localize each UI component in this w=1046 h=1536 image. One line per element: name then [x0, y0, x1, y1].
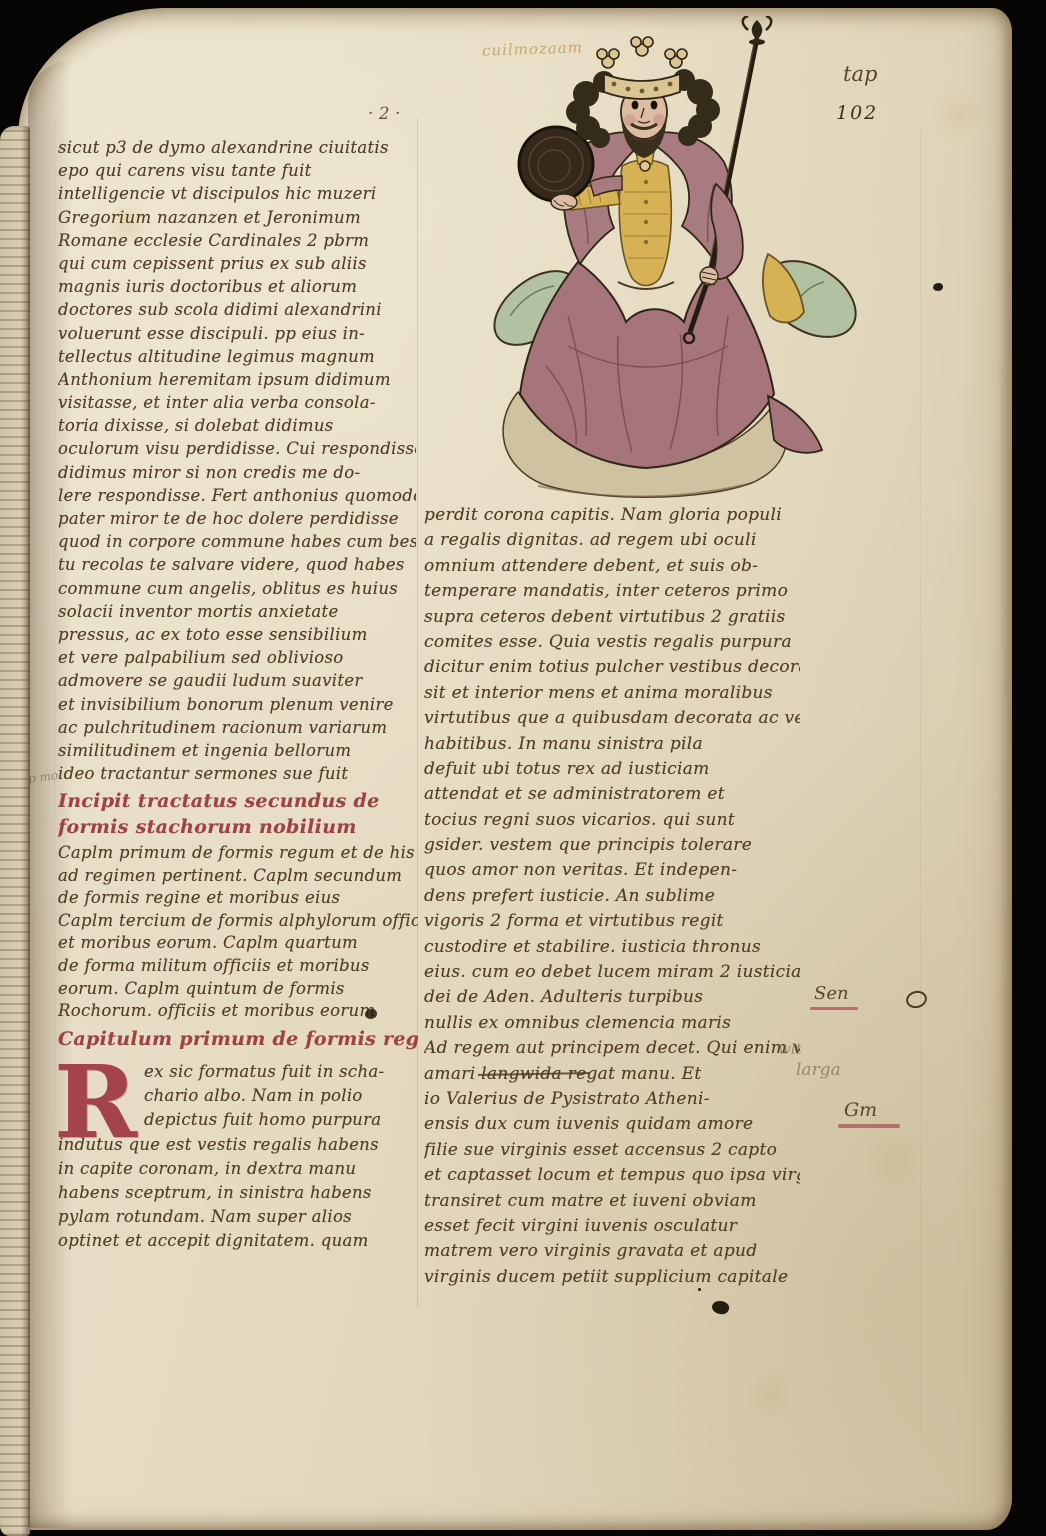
text-line: habitibus. In manu sinistra pila [424, 732, 800, 757]
text-line: Romane ecclesie Cardinales 2 pbrm [58, 229, 416, 252]
chapter-list: Caplm primum de formis regum et de his q… [58, 842, 418, 1023]
quire-mark: · 2 · [368, 104, 400, 124]
text-line: ensis dux cum iuvenis quidam amore [424, 1112, 800, 1137]
ink-blot [933, 283, 943, 291]
eye [651, 101, 658, 110]
text-line: epo qui carens visu tante fuit [58, 159, 416, 182]
text-line: dei de Aden. Adulteris turpibus [424, 985, 800, 1010]
text-line: transiret cum matre et iuveni obviam [424, 1189, 800, 1214]
text-line: tu recolas te salvare videre, quod habes [58, 553, 416, 576]
text-line: et captasset locum et tempus quo ipsa vi… [424, 1163, 800, 1188]
text-line: et vere palpabilium sed oblivioso [58, 646, 416, 669]
text-line: virtutibus que a quibusdam decorata ac v… [424, 706, 800, 731]
right-text-column: perdit corona capitis. Nam gloria populi… [424, 503, 800, 1290]
red-underline [838, 1124, 900, 1128]
text-line: similitudinem et ingenia bellorum [58, 739, 416, 762]
text-line: matrem vero virginis gravata et apud [424, 1239, 800, 1264]
text-line: defuit ubi totus rex ad iusticiam [424, 757, 800, 782]
text-line: depictus fuit homo purpura [58, 1108, 418, 1132]
margin-note-sen: Sen [814, 983, 849, 1004]
text-line: solacii inventor mortis anxietate [58, 600, 416, 623]
margin-note-gm: Gm [844, 1099, 877, 1121]
text-line: omnium attendere debent, et suis ob- [424, 554, 800, 579]
text-line: filie sue virginis esset accensus 2 capt… [424, 1138, 800, 1163]
rubric-line: formis stachorum nobilium [58, 814, 416, 840]
opposite-page-edge [0, 126, 30, 1536]
ink-blot [365, 1009, 377, 1019]
text-line: commune cum angelis, oblitus es huius [58, 577, 416, 600]
text-line: sit et interior mens et anima moralibus [424, 681, 800, 706]
text-line: io Valerius de Pysistrato Atheni- [424, 1087, 800, 1112]
mantle-clasp [640, 161, 650, 171]
text-line: ac pulchritudinem racionum variarum [58, 716, 416, 739]
eye [632, 101, 639, 110]
text-line: lere respondisse. Fert anthonius quomodo [58, 484, 416, 507]
text-line: habens sceptrum, in sinistra habens [58, 1181, 418, 1205]
text-line: qui cum cepissent prius ex sub aliis [58, 252, 416, 275]
chapter-line: ad regimen pertinent. Caplm secundum [58, 865, 418, 888]
red-underline [810, 1007, 858, 1010]
left-text-column: sicut p3 de dymo alexandrine ciuitatis e… [58, 136, 416, 785]
chapter-line: Rochorum. officiis et moribus eorum [58, 1000, 418, 1023]
text-line: pater miror te de hoc dolere perdidisse [58, 507, 416, 530]
text-line: optinet et accepit dignitatem. quam [58, 1229, 418, 1253]
rubric-line: Incipit tractatus secundus de [58, 788, 416, 814]
text-line: custodire et stabilire. iusticia thronus [424, 935, 800, 960]
margin-note-wlt: wlt [778, 1040, 802, 1058]
ink-speck [698, 1288, 701, 1291]
text-line: eius. cum eo debet lucem miram 2 iustici… [424, 960, 800, 985]
text-line: in capite coronam, in dextra manu [58, 1157, 418, 1181]
chapter-line: de forma militum officiis et moribus [58, 955, 418, 978]
text-line: Anthonium heremitam ipsum didimum [58, 368, 416, 391]
text-line: esset fecit virgini iuvenis osculatur [424, 1214, 800, 1239]
text-line: gsider. vestem que principis tolerare [424, 833, 800, 858]
text-line: indutus que est vestis regalis habens [58, 1133, 418, 1157]
text-line: quod in corpore commune habes cum bestii… [58, 530, 416, 553]
text-line: vigoris 2 forma et virtutibus regit [424, 909, 800, 934]
chapter-one-paragraph: ex sic formatus fuit in scha- chario alb… [58, 1060, 418, 1254]
text-line: ideo tractantur sermones sue fuit [58, 762, 416, 785]
text-line: chario albo. Nam in polio [58, 1084, 418, 1108]
king-crown [597, 37, 687, 99]
paper-chain-line [920, 130, 921, 1430]
king-miniature [418, 16, 864, 508]
text-line: Ad regem aut principem decet. Qui enim v… [424, 1036, 800, 1061]
text-line: doctores sub scola didimi alexandrini [58, 298, 416, 321]
text-line: dicitur enim totius pulcher vestibus dec… [424, 655, 800, 680]
text-line: virginis ducem petiit supplicium capital… [424, 1265, 800, 1290]
text-line: dens prefert iusticie. An sublime [424, 884, 800, 909]
text-line: comites esse. Quia vestis regalis purpur… [424, 630, 800, 655]
king-robe [520, 262, 774, 468]
manuscript-photo: { "page": { "folio_label": "tap", "folio… [0, 0, 1046, 1536]
margin-note-larga: larga [796, 1060, 841, 1080]
text-line: oculorum visu perdidisse. Cui respondiss… [58, 437, 416, 460]
text-line: voluerunt esse discipuli. pp eius in- [58, 322, 416, 345]
chapter-line: de formis regine et moribus eius [58, 887, 418, 910]
text-line: magnis iuris doctoribus et aliorum [58, 275, 416, 298]
text-line: intelligencie vt discipulos hic muzeri [58, 182, 416, 205]
text-line: ex sic formatus fuit in scha- [58, 1060, 418, 1084]
chapter-line: Caplm primum de formis regum et de his q [58, 842, 418, 865]
text-line: sicut p3 de dymo alexandrine ciuitatis [58, 136, 416, 159]
text-line: didimus miror si non credis me do- [58, 461, 416, 484]
chapter-line: eorum. Caplm quintum de formis [58, 978, 418, 1001]
text-line: tellectus altitudine legimus magnum [58, 345, 416, 368]
text-line: pylam rotundam. Nam super alios [58, 1205, 418, 1229]
left-hand [700, 267, 718, 285]
incipit-rubric: Incipit tractatus secundus de formis sta… [58, 788, 416, 840]
text-line: Gregorium nazanzen et Jeronimum [58, 206, 416, 229]
text-line: a regalis dignitas. ad regem ubi oculi [424, 528, 800, 553]
text-line: toria dixisse, si dolebat didimus [58, 414, 416, 437]
text-line: quos amor non veritas. Et indepen- [424, 858, 800, 883]
text-line: et invisibilium bonorum plenum venire [58, 693, 416, 716]
text-line: attendat et se administratorem et [424, 782, 800, 807]
text-line: supra ceteros debent virtutibus 2 gratii… [424, 605, 800, 630]
chapter-line: Caplm tercium de formis alphylorum offic… [58, 910, 418, 933]
text-line: pressus, ac ex toto esse sensibilium [58, 623, 416, 646]
chapter-line: et moribus eorum. Caplm quartum [58, 932, 418, 955]
text-line: admovere se gaudii ludum suaviter [58, 669, 416, 692]
text-line: tocius regni suos vicarios. qui sunt [424, 808, 800, 833]
text-line: nullis ex omnibus clemencia maris [424, 1011, 800, 1036]
text-line: temperare mandatis, inter ceteros primo [424, 579, 800, 604]
text-line: visitasse, et inter alia verba consola- [58, 391, 416, 414]
